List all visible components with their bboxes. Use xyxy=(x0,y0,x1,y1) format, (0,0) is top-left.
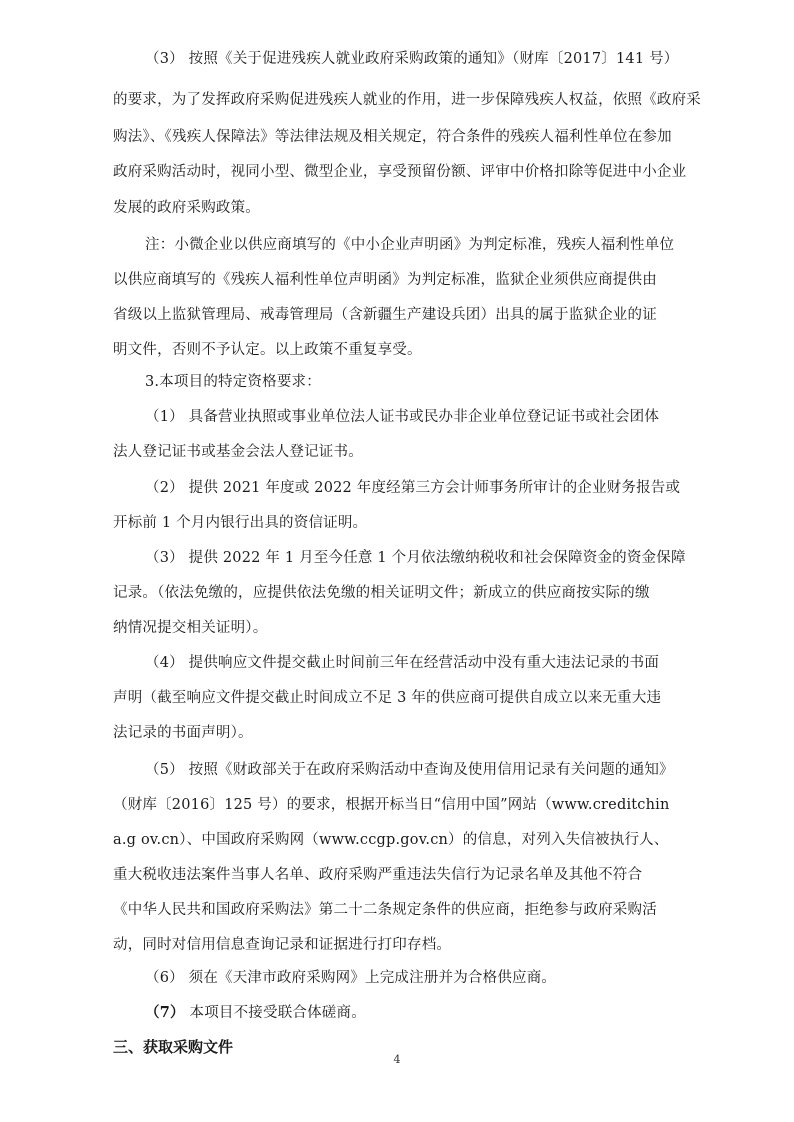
para-3-line-5: 发展的政府采购政策。 xyxy=(113,198,691,218)
req-7-text: 本项目不接受联合体磋商。 xyxy=(185,1005,366,1021)
req-5-line-1: （5） 按照《财政部关于在政府采购活动中查询及使用信用记录有关问题的通知》 xyxy=(145,760,691,780)
para-3-line-3: 购法》、《残疾人保障法》等法律法规及相关规定，符合条件的残疾人福利性单位在参加 xyxy=(113,127,691,147)
req-3-line-1: （3） 提供 2022 年 1 月至今任意 1 个月依法缴纳税收和社会保障资金的… xyxy=(145,548,691,568)
section-3-title: 3.本项目的特定资格要求： xyxy=(145,372,691,392)
req-5-line-4: 重大税收违法案件当事人名单、政府采购严重违法失信行为记录名单及其他不符合 xyxy=(113,865,691,885)
req-4-line-2: 声明（截至响应文件提交截止时间成立不足 3 年的供应商可提供自成立以来无重大违 xyxy=(113,688,691,708)
req-4-line-1: （4） 提供响应文件提交截止时间前三年在经营活动中没有重大违法记录的书面 xyxy=(145,653,691,673)
req-5-line-6: 动，同时对信用信息查询记录和证据进行打印存档。 xyxy=(113,935,691,955)
req-5-line-2: （财库〔2016〕125 号）的要求，根据开标当日“信用中国”网站（www.cr… xyxy=(113,795,691,815)
document-page: （3） 按照《关于促进残疾人就业政府采购政策的通知》（财库〔2017〕141 号… xyxy=(0,0,794,1122)
note-line-2: 以供应商填写的《残疾人福利性单位声明函》为判定标准，监狱企业须供应商提供由 xyxy=(113,270,691,290)
req-5-line-3: a.g ov.cn）、中国政府采购网（www.ccgp.gov.cn）的信息，对… xyxy=(113,830,691,850)
req-2-line-2: 开标前 1 个月内银行出具的资信证明。 xyxy=(113,513,691,533)
req-3-line-2: 记录。（依法免缴的，应提供依法免缴的相关证明文件；新成立的供应商按实际的缴 xyxy=(113,583,691,603)
req-7-prefix: （7） xyxy=(145,1004,185,1021)
para-3-line-4: 政府采购活动时，视同小型、微型企业，享受预留份额、评审中价格扣除等促进中小企业 xyxy=(113,162,691,182)
para-3-line-1: （3） 按照《关于促进残疾人就业政府采购政策的通知》（财库〔2017〕141 号… xyxy=(145,49,691,69)
req-7-line-1: （7） 本项目不接受联合体磋商。 xyxy=(145,1003,691,1023)
req-2-line-1: （2） 提供 2021 年度或 2022 年度经第三方会计师事务所审计的企业财务… xyxy=(145,478,691,498)
note-line-4: 明文件，否则不予认定。以上政策不重复享受。 xyxy=(113,340,691,360)
note-line-1: 注：小微企业以供应商填写的《中小企业声明函》为判定标准，残疾人福利性单位 xyxy=(145,235,691,255)
req-5-line-5: 《中华人民共和国政府采购法》第二十二条规定条件的供应商，拒绝参与政府采购活 xyxy=(113,900,691,920)
req-4-line-3: 法记录的书面声明）。 xyxy=(113,723,691,743)
req-6-line-1: （6） 须在《天津市政府采购网》上完成注册并为合格供应商。 xyxy=(145,968,691,988)
note-line-3: 省级以上监狱管理局、戒毒管理局（含新疆生产建设兵团）出具的属于监狱企业的证 xyxy=(113,305,691,325)
page-number: 4 xyxy=(0,1053,794,1066)
req-3-line-3: 纳情况提交相关证明）。 xyxy=(113,618,691,638)
para-3-line-2: 的要求，为了发挥政府采购促进残疾人就业的作用，进一步保障残疾人权益，依照《政府采 xyxy=(113,90,691,110)
req-1-line-1: （1） 具备营业执照或事业单位法人证书或民办非企业单位登记证书或社会团体 xyxy=(145,407,691,427)
req-1-line-2: 法人登记证书或基金会法人登记证书。 xyxy=(113,442,691,462)
